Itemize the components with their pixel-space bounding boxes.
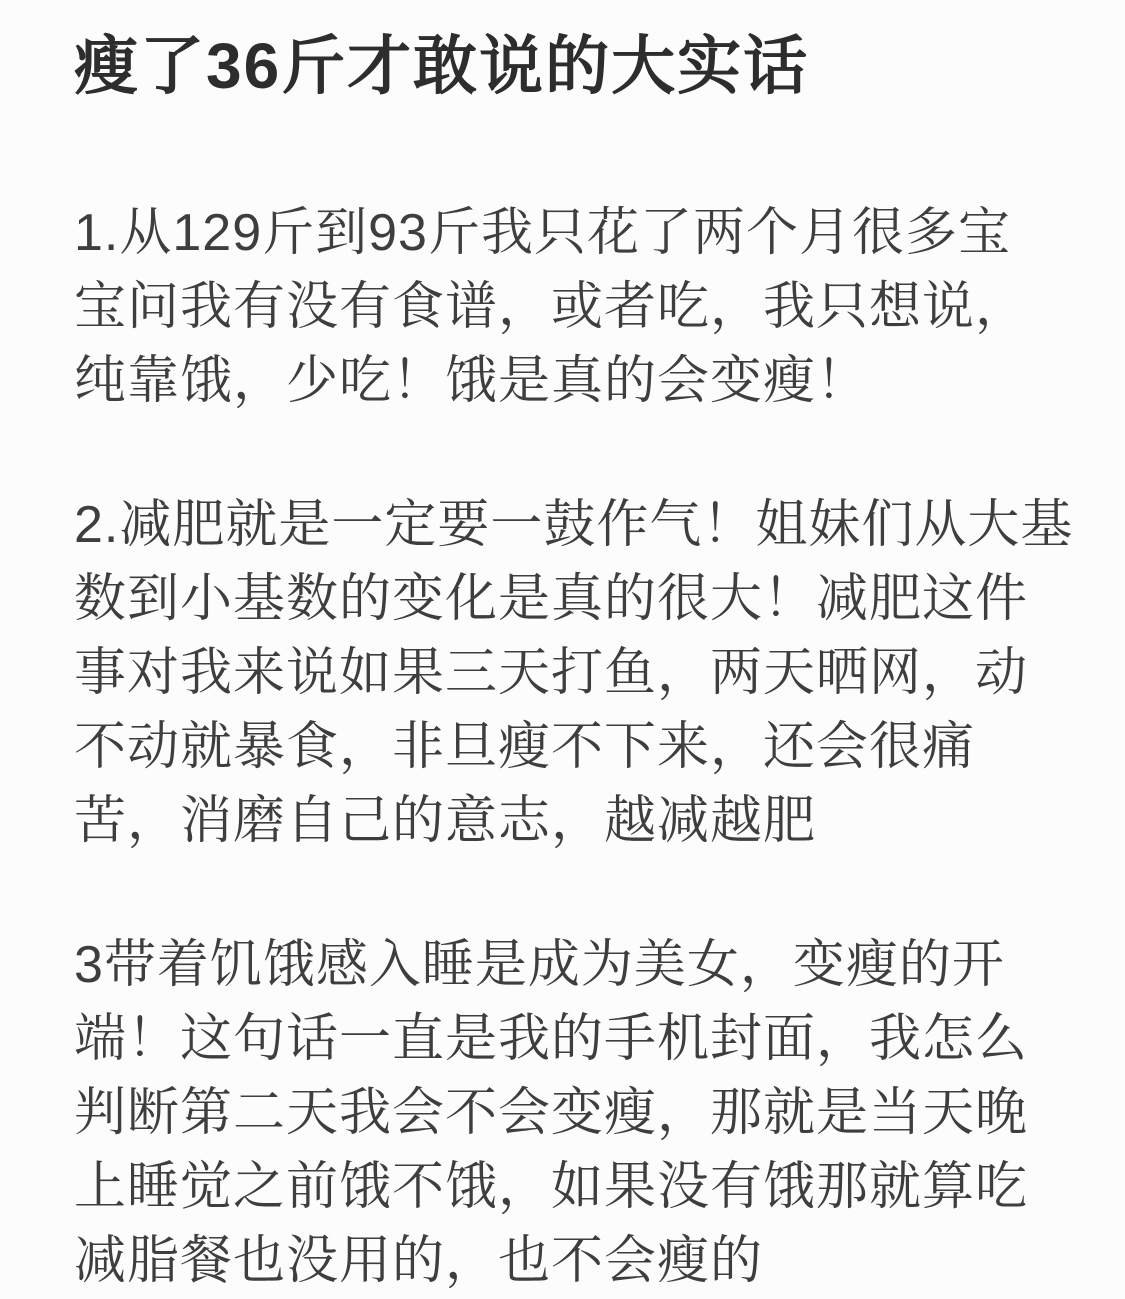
text-line: 苦，消磨自己的意志，越减越肥 [74,784,1055,858]
text-line: 数到小基数的变化是真的很大！减肥这件 [74,562,1055,636]
text-line: 减脂餐也没用的，也不会瘦的 [74,1224,1055,1298]
text-line: 纯靠饿，少吃！饿是真的会变瘦！ [74,344,1055,418]
text-line: 1.从129斤到93斤我只花了两个月很多宝 [74,196,1055,270]
paragraph-2: 2.减肥就是一定要一鼓作气！姐妹们从大基 数到小基数的变化是真的很大！减肥这件 … [74,488,1055,858]
page: { "page": { "background_color": "#fcfcfc… [0,0,1125,1299]
paragraph-1: 1.从129斤到93斤我只花了两个月很多宝 宝问我有没有食谱，或者吃，我只想说，… [74,196,1055,418]
text-line: 判断第二天我会不会变瘦，那就是当天晚 [74,1076,1055,1150]
text-line: 不动就暴食，非旦瘦不下来，还会很痛 [74,710,1055,784]
text-line: 3带着饥饿感入睡是成为美女，变瘦的开 [74,928,1055,1002]
text-line: 端！这句话一直是我的手机封面，我怎么 [74,1002,1055,1076]
post-content: 瘦了36斤才敢说的大实话 1.从129斤到93斤我只花了两个月很多宝 宝问我有没… [0,0,1125,1299]
paragraph-3: 3带着饥饿感入睡是成为美女，变瘦的开 端！这句话一直是我的手机封面，我怎么 判断… [74,928,1055,1298]
post-title: 瘦了36斤才敢说的大实话 [74,30,1055,102]
text-line: 上睡觉之前饿不饿，如果没有饿那就算吃 [74,1150,1055,1224]
text-line: 宝问我有没有食谱，或者吃，我只想说， [74,270,1055,344]
text-line: 2.减肥就是一定要一鼓作气！姐妹们从大基 [74,488,1055,562]
text-line: 事对我来说如果三天打鱼，两天晒网，动 [74,636,1055,710]
